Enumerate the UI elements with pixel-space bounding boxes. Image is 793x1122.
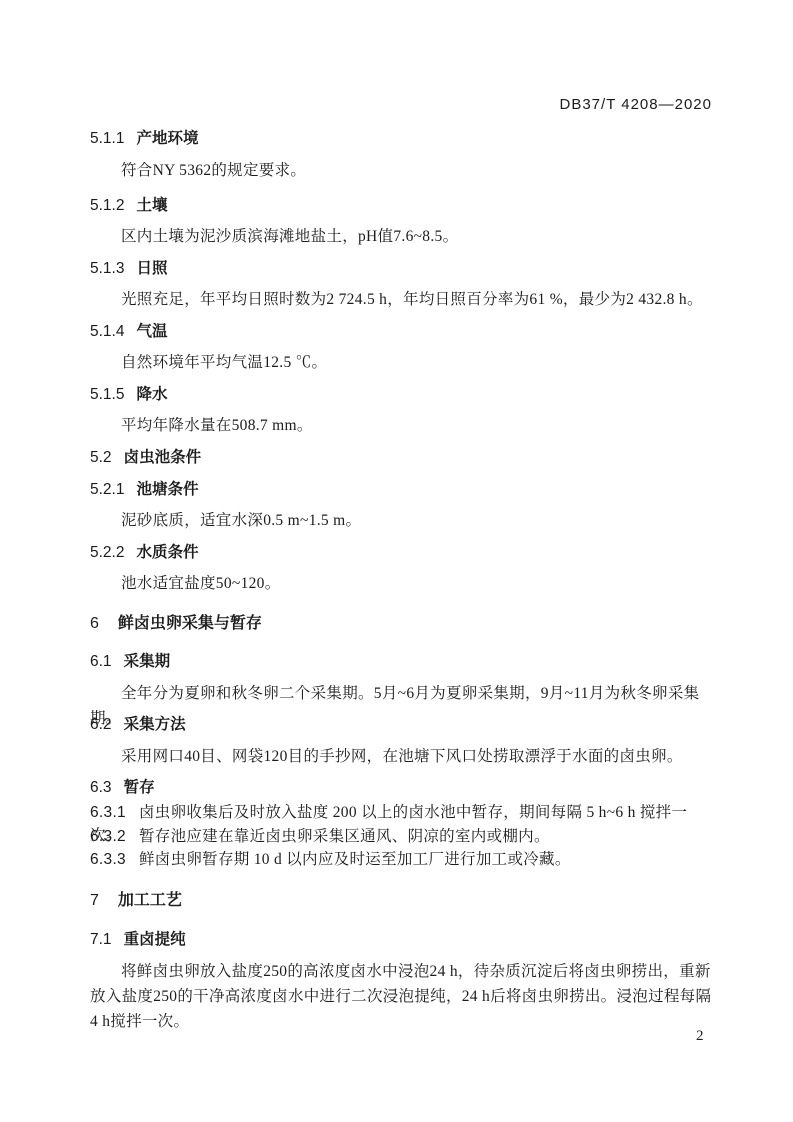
section-title: 鲜卤虫卵采集与暂存 [118, 615, 262, 632]
paragraph-5-1-5: 平均年降水量在508.7 mm。 [90, 413, 714, 438]
clause-title: 产地环境 [136, 130, 198, 147]
clause-number: 7.1 [90, 931, 112, 948]
clause-number: 5.1.3 [90, 260, 124, 277]
heading-6-3: 6.3暂存 [90, 775, 714, 797]
clause-text: 鲜卤虫卵暂存期 10 d 以内应及时运至加工厂进行加工或冷藏。 [139, 851, 571, 868]
paragraph-5-1-2: 区内土壤为泥沙质滨海滩地盐土，pH值7.6~8.5。 [90, 224, 714, 249]
heading-5-2-1: 5.2.1池塘条件 [90, 477, 714, 499]
clause-title: 气温 [136, 323, 167, 340]
section-title: 加工工艺 [118, 892, 182, 909]
heading-5-1-1: 5.1.1产地环境 [90, 126, 714, 148]
clause-number: 6.2 [90, 716, 112, 733]
clause-6-3-3: 6.3.3鲜卤虫卵暂存期 10 d 以内应及时运至加工厂进行加工或冷藏。 [90, 848, 714, 871]
clause-title: 降水 [136, 386, 167, 403]
clause-title: 土壤 [136, 197, 167, 214]
heading-6: 6鲜卤虫卵采集与暂存 [90, 610, 714, 633]
clause-title: 采集方法 [124, 716, 186, 733]
clause-number: 6.3 [90, 779, 112, 796]
clause-number: 5.2.1 [90, 481, 124, 498]
paragraph-5-2-1: 泥砂底质，适宜水深0.5 m~1.5 m。 [90, 508, 714, 533]
clause-text: 暂存池应建在靠近卤虫卵采集区通风、阴凉的室内或棚内。 [139, 828, 550, 845]
clause-title: 暂存 [124, 779, 155, 796]
clause-number: 5.1.4 [90, 323, 124, 340]
heading-7-1: 7.1重卤提纯 [90, 927, 714, 949]
clause-title: 采集期 [124, 653, 171, 670]
clause-number: 5.2.2 [90, 544, 124, 561]
clause-number: 5.1.5 [90, 386, 124, 403]
clause-number: 6.3.1 [90, 804, 126, 821]
heading-5-1-5: 5.1.5降水 [90, 382, 714, 404]
heading-5-1-4: 5.1.4气温 [90, 319, 714, 341]
heading-7: 7加工工艺 [90, 887, 714, 910]
clause-6-3-2: 6.3.2暂存池应建在靠近卤虫卵采集区通风、阴凉的室内或棚内。 [90, 825, 714, 848]
heading-5-1-3: 5.1.3日照 [90, 256, 714, 278]
clause-number: 6.3.2 [90, 828, 126, 845]
heading-5-2-2: 5.2.2水质条件 [90, 540, 714, 562]
paragraph-5-1-3: 光照充足，年平均日照时数为2 724.5 h，年均日照百分率为61 %，最少为2… [90, 287, 714, 312]
section-number: 7 [90, 892, 99, 909]
doc-number-header: DB37/T 4208—2020 [560, 96, 713, 113]
paragraph-7-1: 将鲜卤虫卵放入盐度250的高浓度卤水中浸泡24 h，待杂质沉淀后将卤虫卵捞出，重… [90, 959, 714, 1034]
heading-6-2: 6.2采集方法 [90, 712, 714, 734]
clause-title: 卤虫池条件 [124, 449, 202, 466]
clause-title: 池塘条件 [136, 481, 198, 498]
paragraph-5-1-1: 符合NY 5362的规定要求。 [90, 158, 714, 183]
document-page: DB37/T 4208—2020 5.1.1产地环境 符合NY 5362的规定要… [0, 0, 793, 1122]
paragraph-5-2-2: 池水适宜盐度50~120。 [90, 571, 714, 596]
clause-title: 重卤提纯 [124, 931, 186, 948]
clause-title: 水质条件 [136, 544, 198, 561]
clause-number: 6.3.3 [90, 851, 126, 868]
clause-number: 5.2 [90, 449, 112, 466]
page-number: 2 [696, 1028, 704, 1045]
section-number: 6 [90, 615, 99, 632]
heading-5-1-2: 5.1.2土壤 [90, 193, 714, 215]
clause-title: 日照 [136, 260, 167, 277]
clause-number: 5.1.1 [90, 130, 124, 147]
paragraph-6-2: 采用网口40目、网袋120目的手抄网，在池塘下风口处捞取漂浮于水面的卤虫卵。 [90, 744, 714, 769]
clause-number: 5.1.2 [90, 197, 124, 214]
paragraph-5-1-4: 自然环境年平均气温12.5 ℃。 [90, 350, 714, 375]
heading-6-1: 6.1采集期 [90, 649, 714, 671]
clause-number: 6.1 [90, 653, 112, 670]
heading-5-2: 5.2卤虫池条件 [90, 445, 714, 467]
